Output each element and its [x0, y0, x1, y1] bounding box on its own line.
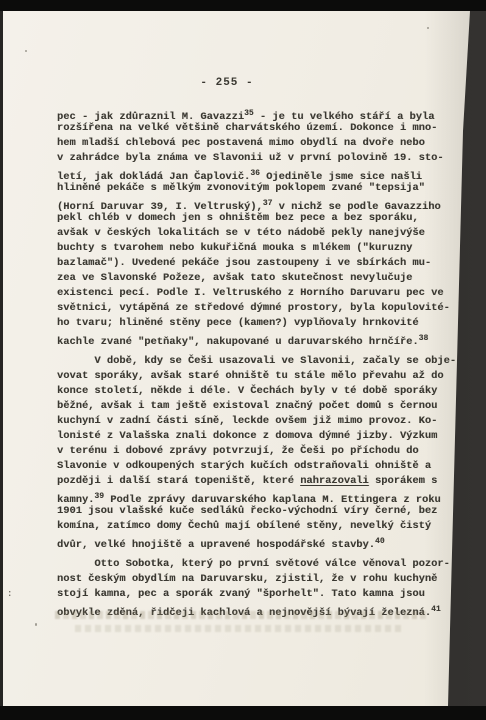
text-line: stojí kamna, pec a sporák zvaný "šporhel… — [57, 587, 457, 602]
text-segment: později i další stará topeniště, které — [57, 475, 300, 487]
text-line: V době, kdy se Češi usazovali ve Slavoni… — [57, 354, 457, 369]
text-body: pec - jak zdůraznil M. Gavazzi35 - je tu… — [57, 106, 457, 625]
text-line: 1901 jsou vlašské kuče sedláků řecko-výc… — [57, 504, 457, 519]
text-segment: existenci pecí. Podle I. Veltruského z H… — [57, 287, 444, 299]
text-segment: bazlamač"). Uvedené pekáče jsou zastoupe… — [57, 257, 431, 269]
text-segment: hem mladší chlebová pec postavená mimo o… — [57, 137, 425, 149]
text-segment: rozšířena na velké většině charvátského … — [57, 122, 437, 134]
text-segment: hliněné pekáče s mělkým zvonovitým poklo… — [57, 182, 425, 194]
bleed-through-text — [75, 625, 405, 632]
text-line: kachle zvané "petňaky", nakupované u dar… — [57, 331, 457, 346]
text-line: hliněné pekáče s mělkým zvonovitým poklo… — [57, 181, 457, 196]
footnote-ref: 37 — [263, 199, 273, 208]
text-segment: buchty s tvarohem nebo kukuřičná mouka s… — [57, 242, 412, 254]
text-segment: v zahrádce byla známa ve Slavonii už v p… — [57, 152, 444, 164]
text-line: (Horní Daruvar 39, I. Veltruský),37 v ni… — [57, 196, 457, 211]
text-line: běžné, avšak i tam ještě existoval značn… — [57, 399, 457, 414]
document-page: - 255 - pec - jak zdůraznil M. Gavazzi35… — [3, 11, 470, 706]
text-line: v zahrádce byla známa ve Slavonii už v p… — [57, 151, 457, 166]
footnote-ref: 35 — [244, 109, 254, 118]
text-segment: vovat sporáky, avšak staré ohniště tu st… — [57, 370, 444, 382]
text-segment: zea ve Slavonské Požeze, avšak tato skut… — [57, 272, 412, 284]
text-segment: kuchyní v zadní části síně, leckde ovšem… — [57, 415, 437, 427]
text-line: v terénu i dobové zprávy potvrzují, že Č… — [57, 444, 457, 459]
text-segment: stojí kamna, pec a sporák zvaný "šporhel… — [57, 588, 425, 600]
text-line: konce století, někde i déle. V Čechách b… — [57, 384, 457, 399]
text-line: bazlamač"). Uvedené pekáče jsou zastoupe… — [57, 256, 457, 271]
footnote-ref: 36 — [250, 169, 260, 178]
text-line: kamny.39 Podle zprávy daruvarského kapla… — [57, 489, 457, 504]
text-segment: avšak v českých lokalitách se v této nád… — [57, 227, 425, 239]
text-segment: obvykle zděná, řidčeji kachlová a nejnov… — [57, 607, 431, 619]
text-line: hem mladší chlebová pec postavená mimo o… — [57, 136, 457, 151]
paper-speck — [35, 623, 37, 626]
text-line: vovat sporáky, avšak staré ohniště tu st… — [57, 369, 457, 384]
text-segment: pekl chléb v domech jen s ohništěm bez p… — [57, 212, 419, 224]
text-line: Slavonie v odkoupených starých kučích od… — [57, 459, 457, 474]
text-line: nost českým obydlím na Daruvarsku, zjist… — [57, 572, 457, 587]
text-segment: kachle zvané "petňaky", nakupované u dar… — [57, 336, 419, 348]
footnote-ref: 41 — [431, 605, 441, 614]
text-segment: v terénu i dobové zprávy potvrzují, že Č… — [57, 445, 419, 457]
footnote-ref: 39 — [94, 492, 104, 501]
text-segment: 1901 jsou vlašské kuče sedláků řecko-výc… — [57, 505, 437, 517]
text-line: existenci pecí. Podle I. Veltruského z H… — [57, 286, 457, 301]
text-segment: lonisté z Valašska znali dokonce z domov… — [57, 430, 437, 442]
text-line: letí, jak dokládá Jan Čaplovič.36 Ojedin… — [57, 166, 457, 181]
text-line: obvykle zděná, řidčeji kachlová a nejnov… — [57, 602, 457, 617]
text-line: pekl chléb v domech jen s ohništěm bez p… — [57, 211, 457, 226]
margin-mark: : — [7, 589, 12, 599]
text-segment: komína, zatímco domy Čechů mají obílené … — [57, 520, 431, 532]
text-segment: Slavonie v odkoupených starých kučích od… — [57, 460, 431, 472]
paragraph: V době, kdy se Češi usazovali ve Slavoni… — [57, 354, 457, 549]
paper-speck — [25, 50, 27, 52]
text-line: kuchyní v zadní části síně, leckde ovšem… — [57, 414, 457, 429]
text-line: rozšířena na velké většině charvátského … — [57, 121, 457, 136]
text-line: avšak v českých lokalitách se v této nád… — [57, 226, 457, 241]
text-line: Otto Sobotka, který po první světové vál… — [57, 557, 457, 572]
text-segment: V době, kdy se Češi usazovali ve Slavoni… — [57, 355, 456, 367]
underlined-word: nahrazovali — [300, 475, 369, 487]
text-segment: ho tvaru; hliněné stěny pece (kamen?) vy… — [57, 317, 419, 329]
text-line: světnici, vytápěná ze středové dýmné pro… — [57, 301, 457, 316]
text-line: zea ve Slavonské Požeze, avšak tato skut… — [57, 271, 457, 286]
text-segment: světnici, vytápěná ze středové dýmné pro… — [57, 302, 450, 314]
text-line: ho tvaru; hliněné stěny pece (kamen?) vy… — [57, 316, 457, 331]
text-line: lonisté z Valašska znali dokonce z domov… — [57, 429, 457, 444]
text-line: komína, zatímco domy Čechů mají obílené … — [57, 519, 457, 534]
paragraph: pec - jak zdůraznil M. Gavazzi35 - je tu… — [57, 106, 457, 346]
scan-backdrop: - 255 - pec - jak zdůraznil M. Gavazzi35… — [0, 0, 486, 720]
scan-bottom-edge — [0, 706, 486, 720]
text-segment: konce století, někde i déle. V Čechách b… — [57, 385, 437, 397]
text-segment: nost českým obydlím na Daruvarsku, zjist… — [57, 573, 437, 585]
text-segment: sporákem s — [369, 475, 438, 487]
paragraph: Otto Sobotka, který po první světové vál… — [57, 557, 457, 617]
text-segment: Otto Sobotka, který po první světové vál… — [57, 558, 450, 570]
page-number: - 255 - — [3, 77, 451, 89]
footnote-ref: 38 — [419, 334, 429, 343]
text-segment: běžné, avšak i tam ještě existoval značn… — [57, 400, 437, 412]
text-line: dvůr, velké hnojiště a upravené hospodář… — [57, 534, 457, 549]
text-line: buchty s tvarohem nebo kukuřičná mouka s… — [57, 241, 457, 256]
text-line: pec - jak zdůraznil M. Gavazzi35 - je tu… — [57, 106, 457, 121]
paper-speck — [427, 27, 429, 29]
text-line: později i další stará topeniště, které n… — [57, 474, 457, 489]
footnote-ref: 40 — [375, 537, 385, 546]
text-segment: dvůr, velké hnojiště a upravené hospodář… — [57, 539, 375, 551]
scan-top-edge — [0, 0, 486, 11]
